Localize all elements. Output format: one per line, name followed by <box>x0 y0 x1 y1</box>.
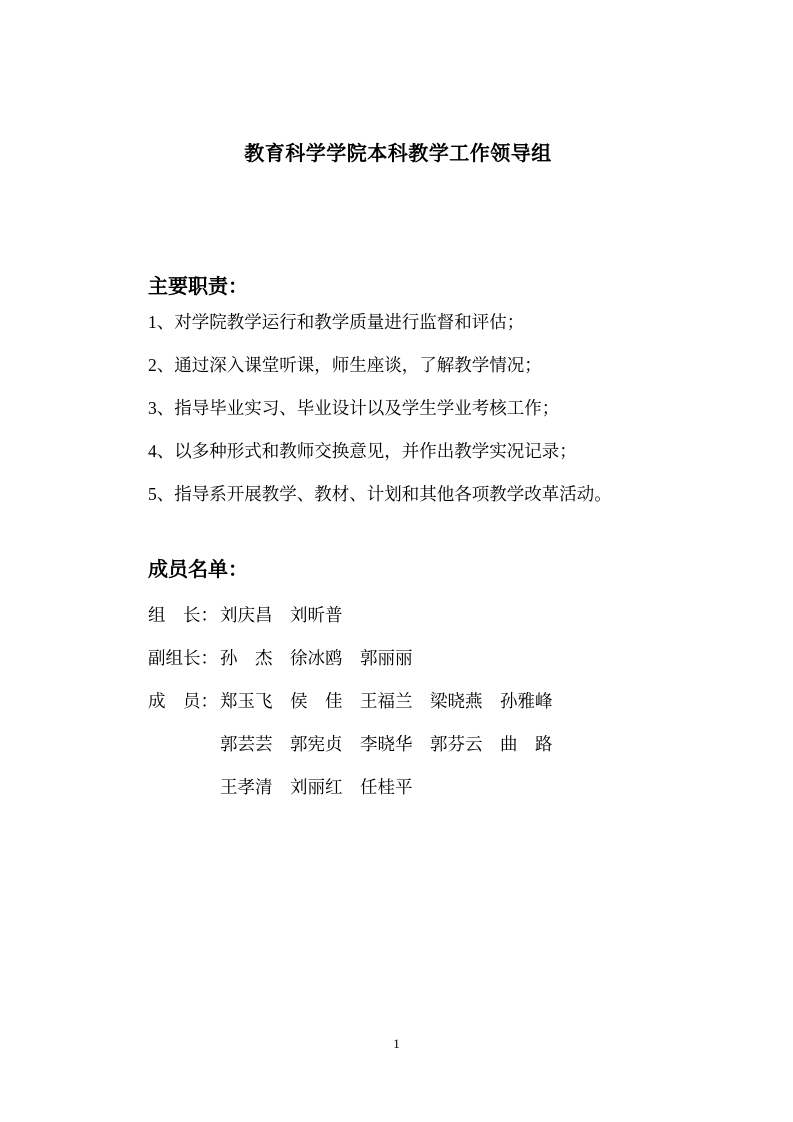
duties-heading: 主要职责： <box>148 273 648 301</box>
document-title: 教育科学学院本科教学工作领导组 <box>148 140 648 168</box>
member-names: 郑玉飞 侯 佳 王福兰 梁晓燕 孙雅峰 <box>220 691 553 711</box>
member-role-label: 副组长： <box>148 637 220 680</box>
duty-item-4: 4、以多种形式和教师交换意见，并作出教学实况记录； <box>148 430 648 473</box>
member-row-members-3: 王孝清 刘丽红 任桂平 <box>148 766 648 809</box>
duty-item-5: 5、指导系开展教学、教材、计划和其他各项教学改革活动。 <box>148 473 648 516</box>
member-list: 组 长：刘庆昌 刘昕普 副组长：孙 杰 徐冰鸥 郭丽丽 成 员：郑玉飞 侯 佳 … <box>148 594 648 809</box>
member-names: 孙 杰 徐冰鸥 郭丽丽 <box>220 648 413 668</box>
page-number: 1 <box>0 1036 793 1052</box>
duty-item-3: 3、指导毕业实习、毕业设计以及学生学业考核工作； <box>148 387 648 430</box>
members-heading: 成员名单： <box>148 556 648 584</box>
duty-item-2: 2、通过深入课堂听课，师生座谈，了解教学情况； <box>148 344 648 387</box>
member-row-deputy-leader: 副组长：孙 杰 徐冰鸥 郭丽丽 <box>148 637 648 680</box>
member-role-label: 组 长： <box>148 594 220 637</box>
members-section: 成员名单： 组 长：刘庆昌 刘昕普 副组长：孙 杰 徐冰鸥 郭丽丽 成 员：郑玉… <box>148 556 648 809</box>
document-page: 教育科学学院本科教学工作领导组 主要职责： 1、对学院教学运行和教学质量进行监督… <box>0 0 793 1122</box>
duty-item-1: 1、对学院教学运行和教学质量进行监督和评估； <box>148 301 648 344</box>
member-row-members-1: 成 员：郑玉飞 侯 佳 王福兰 梁晓燕 孙雅峰 <box>148 680 648 723</box>
member-row-leader: 组 长：刘庆昌 刘昕普 <box>148 594 648 637</box>
duties-section: 主要职责： 1、对学院教学运行和教学质量进行监督和评估； 2、通过深入课堂听课，… <box>148 273 648 516</box>
member-names: 郭芸芸 郭宪贞 李晓华 郭芬云 曲 路 <box>220 734 553 754</box>
member-names: 刘庆昌 刘昕普 <box>220 605 343 625</box>
member-role-label: 成 员： <box>148 680 220 723</box>
member-row-members-2: 郭芸芸 郭宪贞 李晓华 郭芬云 曲 路 <box>148 723 648 766</box>
member-names: 王孝清 刘丽红 任桂平 <box>220 777 413 797</box>
duties-list: 1、对学院教学运行和教学质量进行监督和评估； 2、通过深入课堂听课，师生座谈，了… <box>148 301 648 516</box>
